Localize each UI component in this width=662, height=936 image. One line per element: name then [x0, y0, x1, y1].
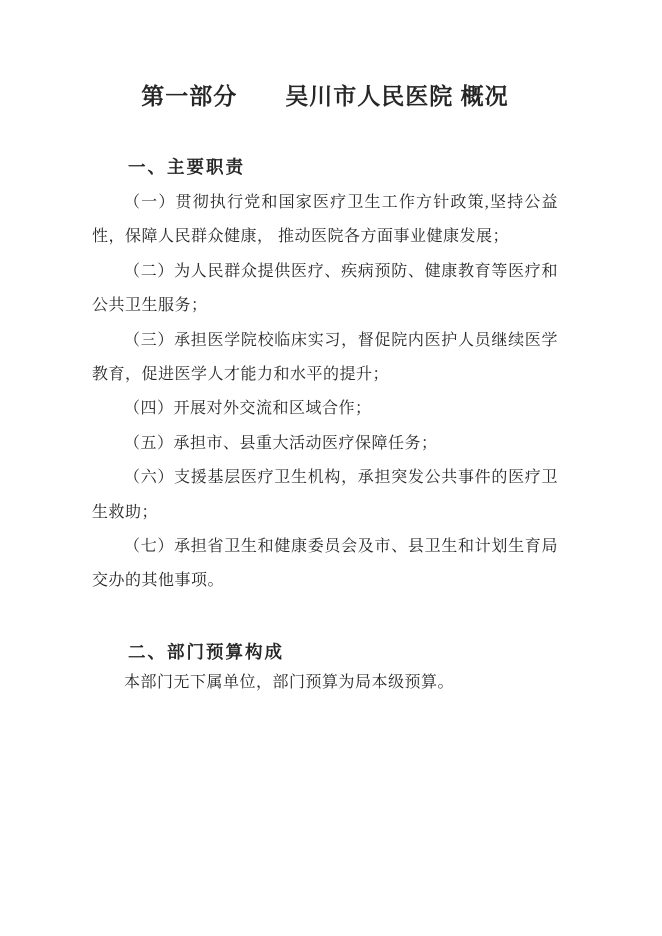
document-page: 第一部分 吴川市人民医院 概况 一、主要职责 （一）贯彻执行党和国家医疗卫生工作… — [0, 0, 662, 936]
duty-paragraph-7: （七）承担省卫生和健康委员会及市、县卫生和计划生育局交办的其他事项。 — [92, 530, 558, 599]
duty-paragraph-2: （二）为人民群众提供医疗、疾病预防、健康教育等医疗和公共卫生服务； — [92, 255, 558, 324]
section-heading-budget-composition: 二、部门预算构成 — [128, 640, 558, 664]
duty-paragraph-3: （三）承担医学院校临床实习，督促院内医护人员继续医学教育，促进医学人才能力和水平… — [92, 324, 558, 393]
section-budget-composition-body: 本部门无下属单位，部门预算为局本级预算。 — [92, 666, 558, 700]
duty-paragraph-1: （一）贯彻执行党和国家医疗卫生工作方针政策,坚持公益性，保障人民群众健康， 推动… — [92, 186, 558, 255]
document-title: 第一部分 吴川市人民医院 概况 — [92, 80, 558, 112]
section-heading-main-duties: 一、主要职责 — [128, 155, 558, 179]
duty-paragraph-4: （四）开展对外交流和区域合作； — [92, 392, 558, 426]
duty-paragraph-5: （五）承担市、县重大活动医疗保障任务； — [92, 427, 558, 461]
budget-paragraph-1: 本部门无下属单位，部门预算为局本级预算。 — [92, 666, 558, 700]
document-content: 第一部分 吴川市人民医院 概况 一、主要职责 （一）贯彻执行党和国家医疗卫生工作… — [0, 80, 662, 700]
duty-paragraph-6: （六）支援基层医疗卫生机构，承担突发公共事件的医疗卫生救助； — [92, 461, 558, 530]
section-main-duties-body: （一）贯彻执行党和国家医疗卫生工作方针政策,坚持公益性，保障人民群众健康， 推动… — [92, 186, 558, 599]
